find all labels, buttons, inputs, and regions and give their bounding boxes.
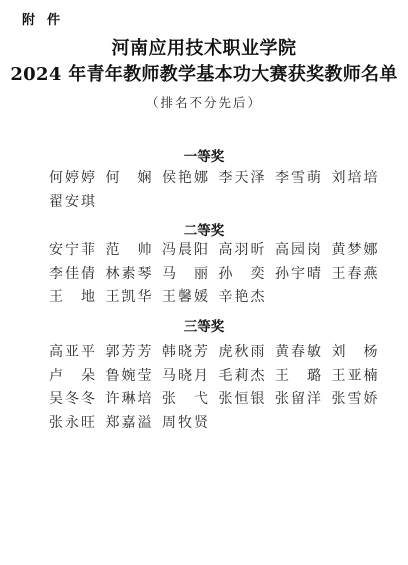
teacher-name: 高羽昕 <box>219 241 265 265</box>
teacher-name: 王地 <box>49 288 95 312</box>
teacher-name: 许琳培 <box>106 390 152 414</box>
teacher-name: 马晓月 <box>162 367 208 391</box>
teacher-name: 韩晓芳 <box>162 343 208 367</box>
teacher-name: 周牧贤 <box>162 414 208 438</box>
teacher-name: 黄春敏 <box>275 343 321 367</box>
teacher-name: 鲁婉莹 <box>106 367 152 391</box>
third-prize-names: 高亚平郭芳芳韩晓芳虎秋雨黄春敏刘杨卢朵鲁婉莹马晓月毛莉杰王璐王亚楠吴冬冬许琳培张… <box>49 343 389 437</box>
attachment-label-char-2: 件 <box>47 13 60 28</box>
document-subtitle: （排名不分先后） <box>0 93 408 111</box>
teacher-name: 高亚平 <box>49 343 95 367</box>
teacher-name: 何娴 <box>106 169 152 193</box>
teacher-name: 王凯华 <box>106 288 152 312</box>
teacher-name: 张留洋 <box>275 390 321 414</box>
teacher-name: 孙奕 <box>219 265 265 289</box>
attachment-label-char-1: 附 <box>22 13 35 28</box>
teacher-name: 何婷婷 <box>49 169 95 193</box>
teacher-name: 吴冬冬 <box>49 390 95 414</box>
teacher-name: 李佳倩 <box>49 265 95 289</box>
second-prize-heading: 二等奖 <box>0 219 408 239</box>
teacher-name: 刘杨 <box>332 343 378 367</box>
teacher-name: 翟安琪 <box>49 193 95 217</box>
attachment-label: 附件 <box>22 9 60 28</box>
first-prize-heading: 一等奖 <box>0 145 408 165</box>
document-title-list: 2024 年青年教师教学基本功大赛获奖教师名单 <box>0 60 408 86</box>
teacher-name: 卢朵 <box>49 367 95 391</box>
teacher-name: 黄梦娜 <box>332 241 378 265</box>
teacher-name: 王馨媛 <box>162 288 208 312</box>
teacher-name: 张弋 <box>162 390 208 414</box>
teacher-name: 郑嘉溢 <box>106 414 152 438</box>
teacher-name: 李雪萌 <box>275 169 321 193</box>
teacher-name: 虎秋雨 <box>219 343 265 367</box>
teacher-name: 张恒银 <box>219 390 265 414</box>
document-title-institution: 河南应用技术职业学院 <box>0 34 408 60</box>
teacher-name: 范帅 <box>106 241 152 265</box>
teacher-name: 安宁菲 <box>49 241 95 265</box>
teacher-name: 林素琴 <box>106 265 152 289</box>
teacher-name: 孙宇晴 <box>275 265 321 289</box>
teacher-name: 马丽 <box>162 265 208 289</box>
teacher-name: 侯艳娜 <box>162 169 208 193</box>
teacher-name: 辛艳杰 <box>219 288 265 312</box>
teacher-name: 王春燕 <box>332 265 378 289</box>
teacher-name: 毛莉杰 <box>219 367 265 391</box>
teacher-name: 王璐 <box>275 367 321 391</box>
first-prize-names: 何婷婷何娴侯艳娜李天泽李雪萌刘培培翟安琪 <box>49 169 389 216</box>
third-prize-heading: 三等奖 <box>0 315 408 335</box>
teacher-name: 王亚楠 <box>332 367 378 391</box>
teacher-name: 冯晨阳 <box>162 241 208 265</box>
teacher-name: 张雪娇 <box>332 390 378 414</box>
teacher-name: 李天泽 <box>219 169 265 193</box>
teacher-name: 郭芳芳 <box>106 343 152 367</box>
teacher-name: 张永旺 <box>49 414 95 438</box>
second-prize-names: 安宁菲范帅冯晨阳高羽昕高园岗黄梦娜李佳倩林素琴马丽孙奕孙宇晴王春燕王地王凯华王馨… <box>49 241 389 312</box>
teacher-name: 高园岗 <box>275 241 321 265</box>
teacher-name: 刘培培 <box>332 169 378 193</box>
